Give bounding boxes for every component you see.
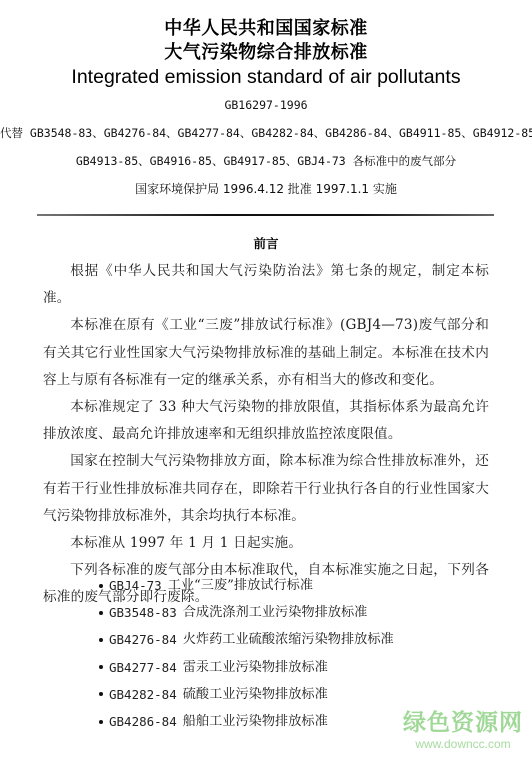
standard-code: GB4276-84 [109,626,177,653]
standard-name: 硫酸工业污染物排放标准 [183,681,328,708]
paragraph: 本标准从 1997 年 1 月 1 日起实施。 [43,530,489,557]
bullet-icon [99,720,103,724]
standard-name: 合成洗涤剂工业污染物排放标准 [183,599,368,626]
list-item: GB4277-84 雷汞工业污染物排放标准 [98,654,394,681]
paragraph: 根据《中华人民共和国大气污染防治法》第七条的规定，制定本标准。 [43,258,489,312]
standard-code: GB4282-84 [109,681,177,708]
list-item: GBJ4-73 工业“三废”排放试行标准 [98,572,394,599]
title-en: Integrated emission standard of air poll… [0,66,532,89]
bullet-icon [99,584,103,588]
title-cn-line1: 中华人民共和国国家标准 [0,14,532,40]
standard-code: GBJ4-73 [109,572,162,599]
paragraph: 本标准在原有《工业“三废”排放试行标准》(GBJ4—73)废气部分和有关其它行业… [43,312,489,394]
watermark: 绿色资源网 www.downcc.com [394,710,532,752]
standard-name: 火炸药工业硫酸浓缩污染物排放标准 [183,626,394,653]
standard-name: 船舶工业污染物排放标准 [183,708,328,735]
paragraph: 本标准规定了 33 种大气污染物的排放限值，其指标体系为最高允许排放浓度、最高允… [43,394,489,448]
bullet-icon [99,611,103,615]
standard-code: GB3548-83 [109,599,177,626]
list-item: GB4276-84 火炸药工业硫酸浓缩污染物排放标准 [98,626,394,653]
standard-code: GB4277-84 [109,654,177,681]
standard-number: GB16297-1996 [0,98,532,112]
standard-name: 工业“三废”排放试行标准 [168,572,313,599]
watermark-brand: 绿色资源网 [394,710,532,736]
list-item: GB4282-84 硫酸工业污染物排放标准 [98,681,394,708]
superseded-standards-list: GBJ4-73 工业“三废”排放试行标准 GB3548-83 合成洗涤剂工业污染… [98,572,394,735]
watermark-url: www.downcc.com [394,736,532,752]
standard-code: GB4286-84 [109,708,177,735]
list-item: GB3548-83 合成洗涤剂工业污染物排放标准 [98,599,394,626]
bullet-icon [99,638,103,642]
standard-name: 雷汞工业污染物排放标准 [183,654,328,681]
bullet-icon [99,692,103,696]
replaces-line2: GB4913-85、GB4916-85、GB4917-85、GBJ4-73 各标… [0,153,532,169]
replaces-line1: 代替 GB3548-83、GB4276-84、GB4277-84、GB4282-… [0,125,532,141]
paragraph: 国家在控制大气污染物排放方面，除本标准为综合性排放标准外，还有若干行业性排放标准… [43,448,489,530]
list-item: GB4286-84 船舶工业污染物排放标准 [98,708,394,735]
bullet-icon [99,665,103,669]
approval-line: 国家环境保护局 1996.4.12 批准 1997.1.1 实施 [0,180,532,197]
preface-title: 前言 [0,234,532,252]
preface-body: 根据《中华人民共和国大气污染防治法》第七条的规定，制定本标准。 本标准在原有《工… [43,258,489,612]
header-divider [37,214,494,216]
title-cn-line2: 大气污染物综合排放标准 [0,38,532,64]
